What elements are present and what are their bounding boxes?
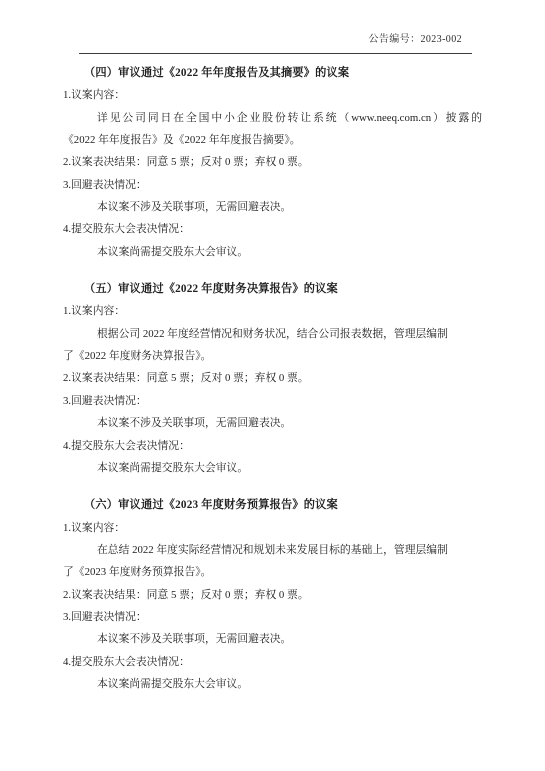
announcement-number: 公告编号：2023-002 [0, 33, 545, 46]
page-header: 公告编号：2023-002 [0, 0, 545, 54]
item3-label: 3.回避表决情况： [63, 174, 482, 196]
item4-content: 本议案尚需提交股东大会审议。 [63, 673, 482, 695]
item1-label: 1.议案内容： [63, 517, 482, 539]
item4-label: 4.提交股东大会表决情况： [63, 651, 482, 673]
content-line: 了《2022 年度财务决算报告》。 [63, 345, 482, 367]
proposal-section-4: （四）审议通过《2022 年年度报告及其摘要》的议案 1.议案内容： 详见公司同… [63, 62, 482, 263]
content-line: 了《2023 年度财务预算报告》。 [63, 561, 482, 583]
section-heading: （五）审议通过《2022 年度财务决算报告》的议案 [63, 278, 482, 300]
section-heading: （六）审议通过《2023 年度财务预算报告》的议案 [63, 494, 482, 516]
item4-label: 4.提交股东大会表决情况： [63, 435, 482, 457]
item3-content: 本议案不涉及关联事项，无需回避表决。 [63, 412, 482, 434]
item4-content: 本议案尚需提交股东大会审议。 [63, 457, 482, 479]
item4-label: 4.提交股东大会表决情况： [63, 218, 482, 240]
vote-result-line: 2.议案表决结果：同意 5 票；反对 0 票；弃权 0 票。 [63, 151, 482, 173]
item4-content: 本议案尚需提交股东大会审议。 [63, 241, 482, 263]
proposal-section-6: （六）审议通过《2023 年度财务预算报告》的议案 1.议案内容： 在总结 20… [63, 494, 482, 695]
item1-label: 1.议案内容： [63, 300, 482, 322]
item3-label: 3.回避表决情况： [63, 606, 482, 628]
content-line: 在总结 2022 年度实际经营情况和规划未来发展目标的基础上，管理层编制 [63, 539, 482, 561]
vote-result-line: 2.议案表决结果：同意 5 票；反对 0 票；弃权 0 票。 [63, 367, 482, 389]
item3-content: 本议案不涉及关联事项，无需回避表决。 [63, 628, 482, 650]
content-line: 详见公司同日在全国中小企业股份转让系统（www.neeq.com.cn）披露的 [63, 107, 482, 129]
content-line: 根据公司 2022 年度经营情况和财务状况，结合公司报表数据，管理层编制 [63, 323, 482, 345]
item3-content: 本议案不涉及关联事项，无需回避表决。 [63, 196, 482, 218]
section-heading: （四）审议通过《2022 年年度报告及其摘要》的议案 [63, 62, 482, 84]
item3-label: 3.回避表决情况： [63, 390, 482, 412]
item1-label: 1.议案内容： [63, 84, 482, 106]
proposal-section-5: （五）审议通过《2022 年度财务决算报告》的议案 1.议案内容： 根据公司 2… [63, 278, 482, 479]
document-body: （四）审议通过《2022 年年度报告及其摘要》的议案 1.议案内容： 详见公司同… [0, 54, 545, 695]
content-line: 《2022 年年度报告》及《2022 年年度报告摘要》。 [63, 129, 482, 151]
document-page: 公告编号：2023-002 （四）审议通过《2022 年年度报告及其摘要》的议案… [0, 0, 545, 771]
vote-result-line: 2.议案表决结果：同意 5 票；反对 0 票；弃权 0 票。 [63, 584, 482, 606]
